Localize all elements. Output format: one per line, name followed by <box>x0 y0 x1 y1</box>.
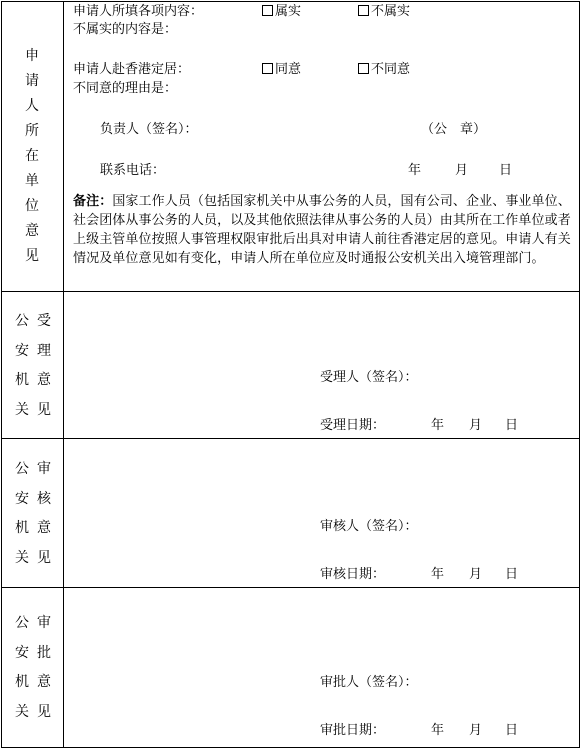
phone-label: 联系电话： <box>100 162 165 180</box>
column-divider <box>63 1 64 748</box>
responsible-signature-label: 负责人（签名）： <box>100 121 198 139</box>
approval-label-col1: 公安机关 <box>14 609 30 727</box>
row-divider <box>1 438 580 439</box>
checkbox-false[interactable]: 不属实 <box>358 3 410 21</box>
checkbox-icon[interactable] <box>358 5 369 16</box>
approval-date-day: 日 <box>505 722 518 740</box>
checkbox-agree-label: 同意 <box>275 62 301 77</box>
acceptance-label-col2: 受理意见 <box>36 307 52 425</box>
seal-label: （公 章） <box>421 121 486 139</box>
review-label-col1: 公安机关 <box>14 455 30 573</box>
checkbox-icon[interactable] <box>358 63 369 74</box>
date-month: 月 <box>455 162 468 180</box>
row-divider <box>1 291 580 292</box>
checkbox-icon[interactable] <box>262 5 273 16</box>
acceptance-signer-label: 受理人（签名）： <box>320 369 418 387</box>
checkbox-agree[interactable]: 同意 <box>262 61 301 79</box>
acceptance-date-year: 年 <box>431 417 444 435</box>
note-text: 国家工作人员（包括国家机关中从事公务的人员，国有公司、企业、事业单位、社会团体从… <box>73 194 571 266</box>
acceptance-label-col1: 公安机关 <box>14 307 30 425</box>
approval-signer-label: 审批人（签名）： <box>320 674 418 692</box>
untrue-content-label: 不属实的内容是： <box>73 21 177 39</box>
disagree-reason-label: 不同意的理由是： <box>73 80 177 98</box>
checkbox-true[interactable]: 属实 <box>262 3 301 21</box>
checkbox-false-label: 不属实 <box>371 4 410 19</box>
note-paragraph: 备注：国家工作人员（包括国家机关中从事公务的人员，国有公司、企业、事业单位、社会… <box>73 192 573 268</box>
checkbox-disagree-label: 不同意 <box>371 62 410 77</box>
approval-date-label: 审批日期： <box>320 722 385 740</box>
acceptance-date-day: 日 <box>505 417 518 435</box>
approval-date-month: 月 <box>469 722 482 740</box>
date-year: 年 <box>408 162 421 180</box>
acceptance-date-label: 受理日期： <box>320 417 385 435</box>
date-day: 日 <box>499 162 512 180</box>
approval-date-year: 年 <box>431 722 444 740</box>
review-date-month: 月 <box>469 566 482 584</box>
approval-label-col2: 审批意见 <box>36 609 52 727</box>
checkbox-disagree[interactable]: 不同意 <box>358 61 410 79</box>
checkbox-icon[interactable] <box>262 63 273 74</box>
form-table <box>1 1 580 748</box>
unit-opinion-label: 申请人所在单位意见 <box>24 44 40 269</box>
review-label-col2: 审核意见 <box>36 455 52 573</box>
note-title: 备注： <box>73 194 112 209</box>
row-divider <box>1 587 580 588</box>
acceptance-date-month: 月 <box>469 417 482 435</box>
settle-label: 申请人赴香港定居： <box>73 61 190 79</box>
review-date-year: 年 <box>431 566 444 584</box>
review-signer-label: 审核人（签名）： <box>320 518 418 536</box>
items-truthful-label: 申请人所填各项内容： <box>73 3 203 21</box>
review-date-day: 日 <box>505 566 518 584</box>
review-date-label: 审核日期： <box>320 566 385 584</box>
checkbox-true-label: 属实 <box>275 4 301 19</box>
